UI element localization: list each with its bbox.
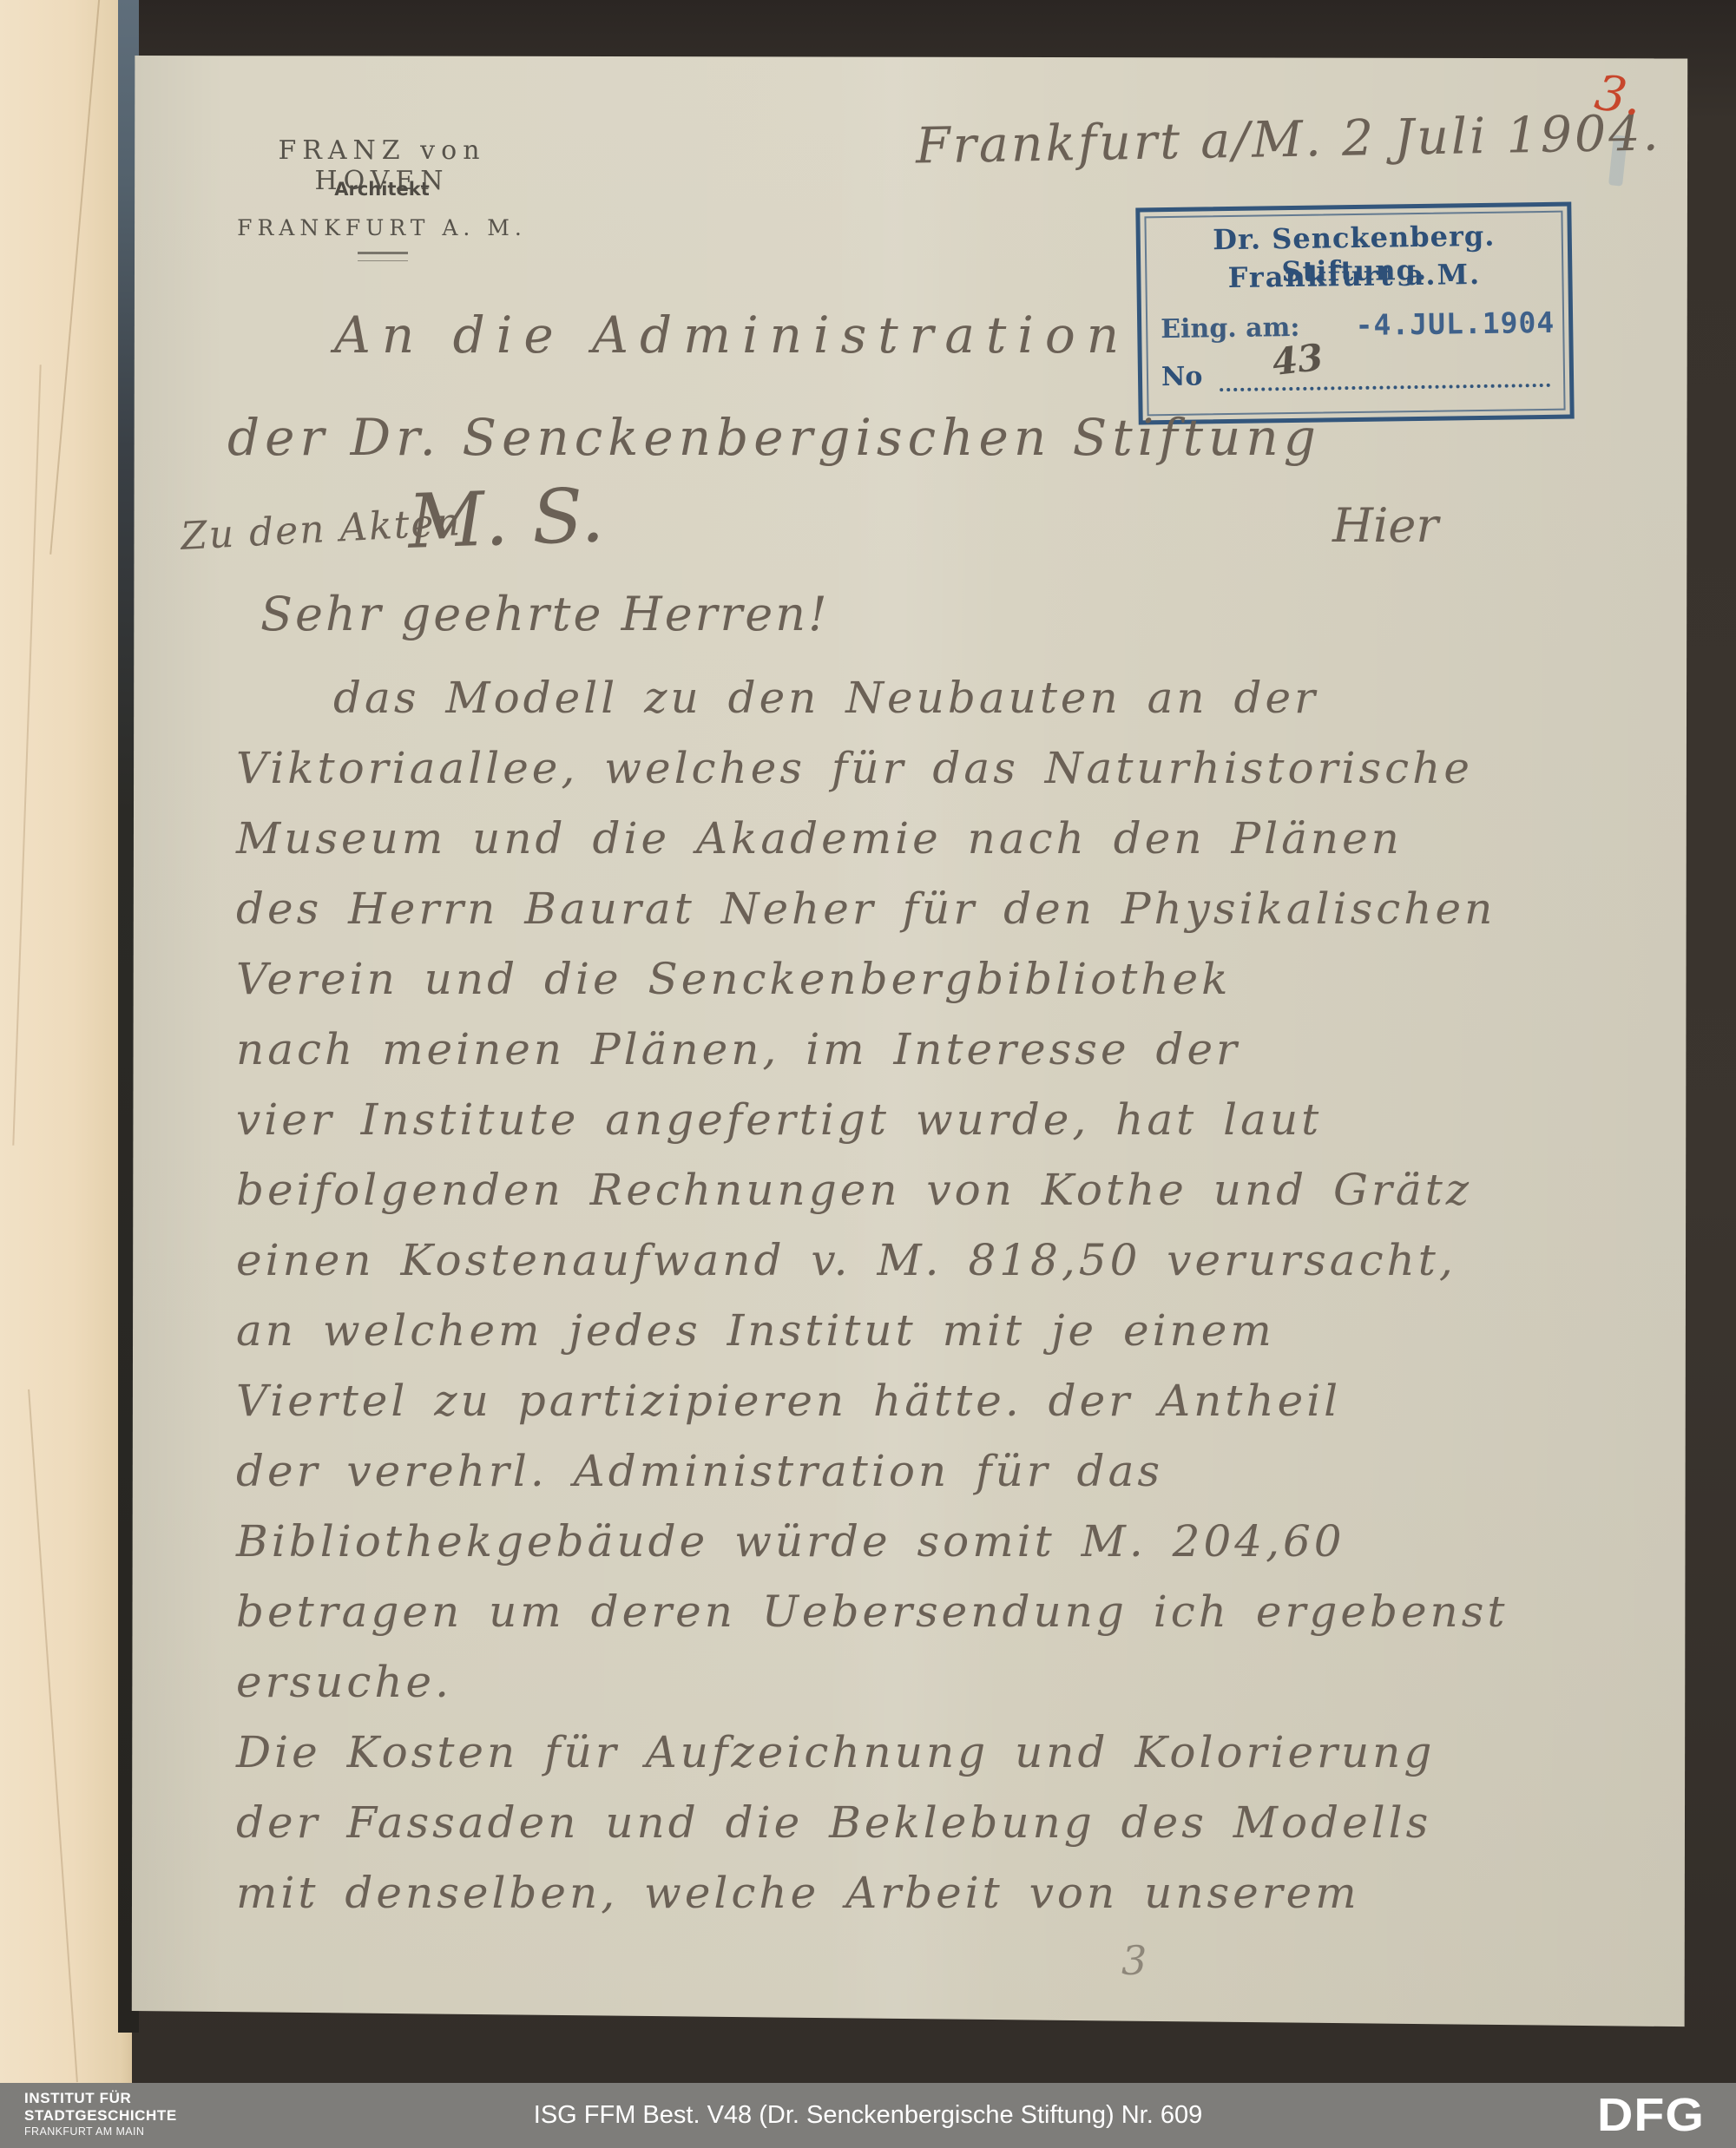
paper-fold-line — [12, 365, 41, 1146]
body-line: Die Kosten für Aufzeichnung und Kolorier… — [236, 1718, 1538, 1788]
stamp-received-row: Eing. am: -4.JUL.1904 — [1161, 305, 1555, 345]
body-line: ersuche. — [236, 1647, 1538, 1718]
dateline-handwritten: Frankfurt a/M. 2 Juli 1904. — [915, 105, 1661, 175]
letter-body: das Modell zu den Neubauten an der Vikto… — [236, 663, 1538, 1928]
paper-fold-line — [49, 0, 102, 555]
annotation-initials: M. S. — [406, 472, 605, 566]
body-line: an welchem jedes Institut mit je einem — [236, 1296, 1538, 1366]
stamp-city: Frankfurt a.M. — [1141, 257, 1568, 296]
body-line: Viertel zu partizipieren hätte. der Anth… — [236, 1366, 1538, 1436]
body-line: Viktoriaallee, welches für das Naturhist… — [236, 733, 1538, 804]
letterhead-ornament — [358, 252, 408, 261]
body-line: Verein und die Senckenbergbibliothek — [236, 944, 1538, 1015]
stamp-number-handwritten: 43 — [1270, 336, 1325, 384]
body-line: der verehrl. Administration für das — [236, 1436, 1538, 1507]
archive-footer-bar: INSTITUT FÜR STADTGESCHICHTE FRANKFURT A… — [0, 2083, 1736, 2148]
letter-page: FRANZ von HOVEN Architekt FRANKFURT A. M… — [130, 56, 1689, 2033]
body-line: nach meinen Plänen, im Interesse der — [236, 1015, 1538, 1085]
body-line: vier Institute angefertigt wurde, hat la… — [236, 1085, 1538, 1155]
dfg-logo: DFG — [1597, 2088, 1705, 2142]
address-line-2: der Dr. Senckenbergischen Stiftung — [227, 408, 1321, 467]
address-line-1: An die Administration — [334, 305, 1130, 365]
stamp-received-date: -4.JUL.1904 — [1355, 305, 1555, 342]
body-line: der Fassaden und die Beklebung des Model… — [236, 1788, 1538, 1858]
letterhead-title: Architekt — [234, 179, 529, 200]
archive-reference: ISG FFM Best. V48 (Dr. Senckenbergische … — [0, 2101, 1736, 2130]
body-line: mit denselben, welche Arbeit von unserem — [236, 1858, 1538, 1928]
stamp-number-label: No — [1161, 361, 1203, 392]
place-note: Hier — [1332, 498, 1438, 553]
page-number-pencil: 3 — [1121, 1937, 1147, 1984]
body-line: des Herrn Baurat Neher für den Physikali… — [236, 874, 1538, 944]
body-line: Bibliothekgebäude würde somit M. 204,60 — [236, 1507, 1538, 1577]
paper-fold-line — [28, 1389, 78, 2082]
body-line: Museum und die Akademie nach den Plänen — [236, 804, 1538, 874]
salutation: Sehr geehrte Herren! — [260, 587, 830, 641]
foliation-number-red: 3. — [1591, 64, 1646, 128]
stamp-number-row: No — [1161, 352, 1551, 392]
body-line: beifolgenden Rechnungen von Kothe und Gr… — [236, 1155, 1538, 1225]
receipt-stamp: Dr. Senckenberg. Stiftung. Frankfurt a.M… — [1135, 202, 1574, 425]
stamp-dotted-line — [1220, 352, 1550, 391]
body-line: einen Kostenaufwand v. M. 818,50 verursa… — [236, 1225, 1538, 1296]
body-line: das Modell zu den Neubauten an der — [236, 663, 1538, 733]
letterhead-city: FRANKFURT A. M. — [234, 215, 529, 240]
body-line: betragen um deren Uebersendung ich ergeb… — [236, 1577, 1538, 1647]
underlying-page-edge — [0, 0, 132, 2083]
